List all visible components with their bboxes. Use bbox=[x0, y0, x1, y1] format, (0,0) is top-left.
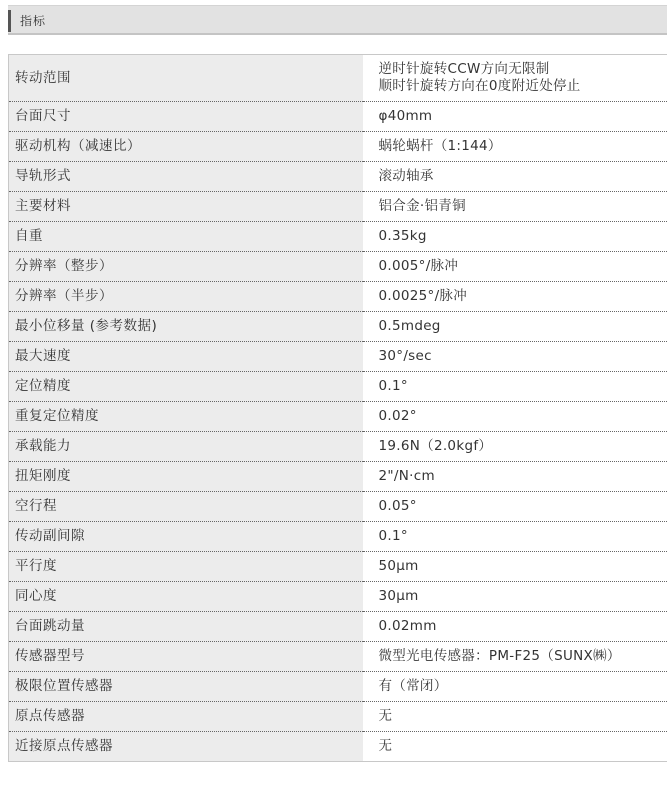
spec-value: 微型光电传感器：PM-F25（SUNX㈱） bbox=[363, 642, 667, 672]
spec-row: 传感器型号微型光电传感器：PM-F25（SUNX㈱） bbox=[9, 642, 667, 672]
spec-value: 有（常闭） bbox=[363, 672, 667, 702]
spec-value: 30°/sec bbox=[363, 342, 667, 372]
spec-row: 转动范围 逆时针旋转CCW方向无限制 顺时针旋转方向在0度附近处停止 bbox=[9, 55, 667, 102]
spec-value: 0.02° bbox=[363, 402, 667, 432]
spec-row: 承载能力19.6N（2.0kgf） bbox=[9, 432, 667, 462]
spec-label: 导轨形式 bbox=[9, 162, 363, 192]
spec-label: 极限位置传感器 bbox=[9, 672, 363, 702]
spec-value: 逆时针旋转CCW方向无限制 顺时针旋转方向在0度附近处停止 bbox=[363, 55, 667, 102]
spec-label: 最小位移量 (参考数据) bbox=[9, 312, 363, 342]
spec-value: 30μm bbox=[363, 582, 667, 612]
spec-row: 自重0.35kg bbox=[9, 222, 667, 252]
spec-value: 0.02mm bbox=[363, 612, 667, 642]
spec-row: 分辨率（半步）0.0025°/脉冲 bbox=[9, 282, 667, 312]
spec-value: 0.0025°/脉冲 bbox=[363, 282, 667, 312]
spec-value-line: 顺时针旋转方向在0度附近处停止 bbox=[379, 78, 667, 95]
spec-label: 近接原点传感器 bbox=[9, 732, 363, 762]
spec-label: 原点传感器 bbox=[9, 702, 363, 732]
spec-row: 最大速度30°/sec bbox=[9, 342, 667, 372]
spec-row: 扭矩刚度2"/N·cm bbox=[9, 462, 667, 492]
spec-label: 传动副间隙 bbox=[9, 522, 363, 552]
spec-label: 空行程 bbox=[9, 492, 363, 522]
spec-row: 台面尺寸φ40mm bbox=[9, 102, 667, 132]
spec-value: 0.1° bbox=[363, 522, 667, 552]
spec-label: 主要材料 bbox=[9, 192, 363, 222]
spec-label: 平行度 bbox=[9, 552, 363, 582]
spec-row: 定位精度0.1° bbox=[9, 372, 667, 402]
header-accent-bar bbox=[8, 10, 11, 32]
spec-label: 转动范围 bbox=[9, 55, 363, 102]
spec-value: 蜗轮蜗杆（1:144） bbox=[363, 132, 667, 162]
section-title: 指标 bbox=[20, 12, 46, 29]
spec-row: 传动副间隙0.1° bbox=[9, 522, 667, 552]
spec-label: 扭矩刚度 bbox=[9, 462, 363, 492]
spec-value: 0.5mdeg bbox=[363, 312, 667, 342]
spec-label: 分辨率（整步） bbox=[9, 252, 363, 282]
spec-value: 无 bbox=[363, 732, 667, 762]
spec-value: 铝合金·铝青铜 bbox=[363, 192, 667, 222]
spec-value: φ40mm bbox=[363, 102, 667, 132]
spec-label: 同心度 bbox=[9, 582, 363, 612]
spec-label: 台面跳动量 bbox=[9, 612, 363, 642]
spec-row: 最小位移量 (参考数据)0.5mdeg bbox=[9, 312, 667, 342]
spec-label: 承载能力 bbox=[9, 432, 363, 462]
spec-value: 0.35kg bbox=[363, 222, 667, 252]
spec-row: 同心度30μm bbox=[9, 582, 667, 612]
spec-row: 空行程0.05° bbox=[9, 492, 667, 522]
spec-label: 定位精度 bbox=[9, 372, 363, 402]
section-header: 指标 bbox=[8, 5, 667, 35]
spec-value: 0.05° bbox=[363, 492, 667, 522]
spec-row: 极限位置传感器有（常闭） bbox=[9, 672, 667, 702]
spec-table: 转动范围 逆时针旋转CCW方向无限制 顺时针旋转方向在0度附近处停止 台面尺寸φ… bbox=[8, 54, 667, 762]
spec-row: 主要材料铝合金·铝青铜 bbox=[9, 192, 667, 222]
spec-value: 19.6N（2.0kgf） bbox=[363, 432, 667, 462]
spec-label: 驱动机构（减速比） bbox=[9, 132, 363, 162]
spec-label: 传感器型号 bbox=[9, 642, 363, 672]
spec-label: 自重 bbox=[9, 222, 363, 252]
spec-row: 导轨形式滚动轴承 bbox=[9, 162, 667, 192]
spec-value: 0.005°/脉冲 bbox=[363, 252, 667, 282]
spec-row: 分辨率（整步）0.005°/脉冲 bbox=[9, 252, 667, 282]
spec-label: 台面尺寸 bbox=[9, 102, 363, 132]
spec-row: 平行度50μm bbox=[9, 552, 667, 582]
spec-value: 50μm bbox=[363, 552, 667, 582]
spec-row: 原点传感器无 bbox=[9, 702, 667, 732]
spec-value: 滚动轴承 bbox=[363, 162, 667, 192]
spec-row: 重复定位精度0.02° bbox=[9, 402, 667, 432]
spec-row: 近接原点传感器无 bbox=[9, 732, 667, 762]
spec-value: 0.1° bbox=[363, 372, 667, 402]
spec-label: 分辨率（半步） bbox=[9, 282, 363, 312]
spec-row: 台面跳动量0.02mm bbox=[9, 612, 667, 642]
spec-value-line: 逆时针旋转CCW方向无限制 bbox=[379, 61, 667, 78]
spec-value: 无 bbox=[363, 702, 667, 732]
spec-label: 最大速度 bbox=[9, 342, 363, 372]
spec-label: 重复定位精度 bbox=[9, 402, 363, 432]
spec-row: 驱动机构（减速比）蜗轮蜗杆（1:144） bbox=[9, 132, 667, 162]
spec-value: 2"/N·cm bbox=[363, 462, 667, 492]
